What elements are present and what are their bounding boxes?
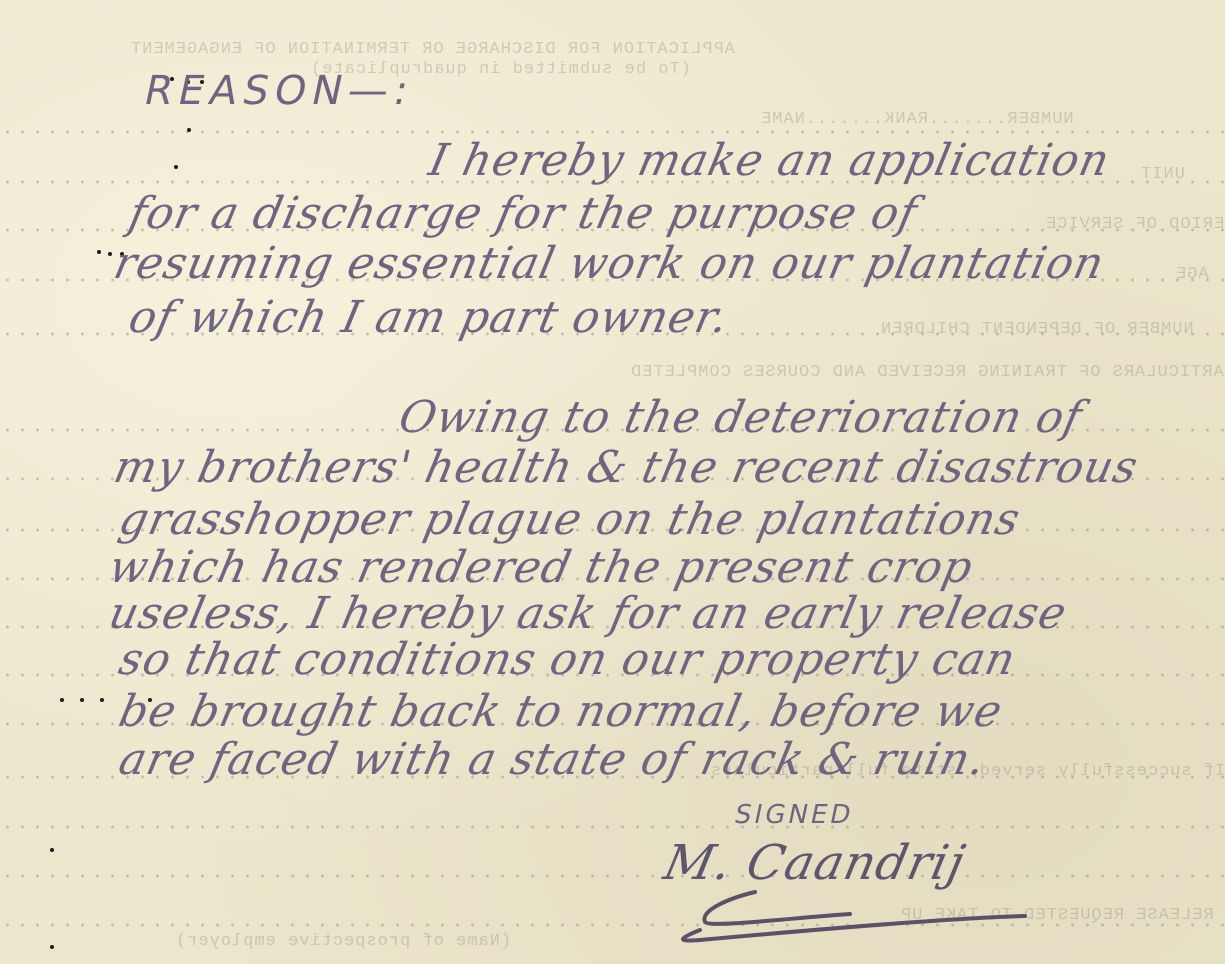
body-line-3: resuming essential work on our plantatio… [110, 238, 1110, 289]
body-line-12: are faced with a state of rack & ruin. [115, 734, 991, 785]
bleed-field-dependents: NUMBER OF DEPENDENT CHILDREN [880, 320, 1194, 339]
ink-speck [187, 128, 191, 132]
document-page: APPLICATION FOR DISCHARGE OR TERMINATION… [0, 0, 1225, 964]
body-line-1: I hereby make an application [425, 135, 1115, 186]
body-line-11: be brought back to normal, before we [115, 686, 1008, 737]
ink-speck [108, 252, 112, 256]
ink-speck [100, 698, 104, 702]
ink-speck [50, 945, 54, 949]
bleed-title: APPLICATION FOR DISCHARGE OR TERMINATION… [130, 40, 735, 59]
ink-speck [97, 250, 101, 254]
bleed-field-employer: (Name of prospective employer) [175, 932, 511, 951]
signature-underline-flourish [670, 880, 1070, 950]
ink-speck [80, 698, 84, 702]
signed-label: SIGNED [732, 800, 857, 830]
body-line-6: my brothers' health & the recent disastr… [110, 442, 1143, 493]
ink-speck [60, 698, 64, 702]
bleed-field-number: NUMBER.......RANK.......NAME [760, 110, 1074, 129]
dotted-line [0, 130, 1225, 134]
dotted-line [0, 874, 1225, 878]
body-line-7: grasshopper plague on the plantations [115, 494, 1025, 545]
reason-heading: REASON—: [140, 68, 418, 114]
dotted-line [0, 825, 1225, 829]
bleed-field-training: PARTICULARS OF TRAINING RECEIVED AND COU… [630, 363, 1225, 382]
body-line-5: Owing to the deterioration of [395, 392, 1087, 443]
body-line-2: for a discharge for the purpose of [125, 188, 923, 239]
body-line-8: which has rendered the present crop [105, 542, 978, 593]
body-line-10: so that conditions on our property can [115, 634, 1021, 685]
body-line-9: useless, I hereby ask for an early relea… [105, 588, 1072, 639]
ink-speck [50, 848, 54, 852]
ink-speck [174, 165, 178, 169]
body-line-4: of which I am part owner. [125, 292, 734, 343]
